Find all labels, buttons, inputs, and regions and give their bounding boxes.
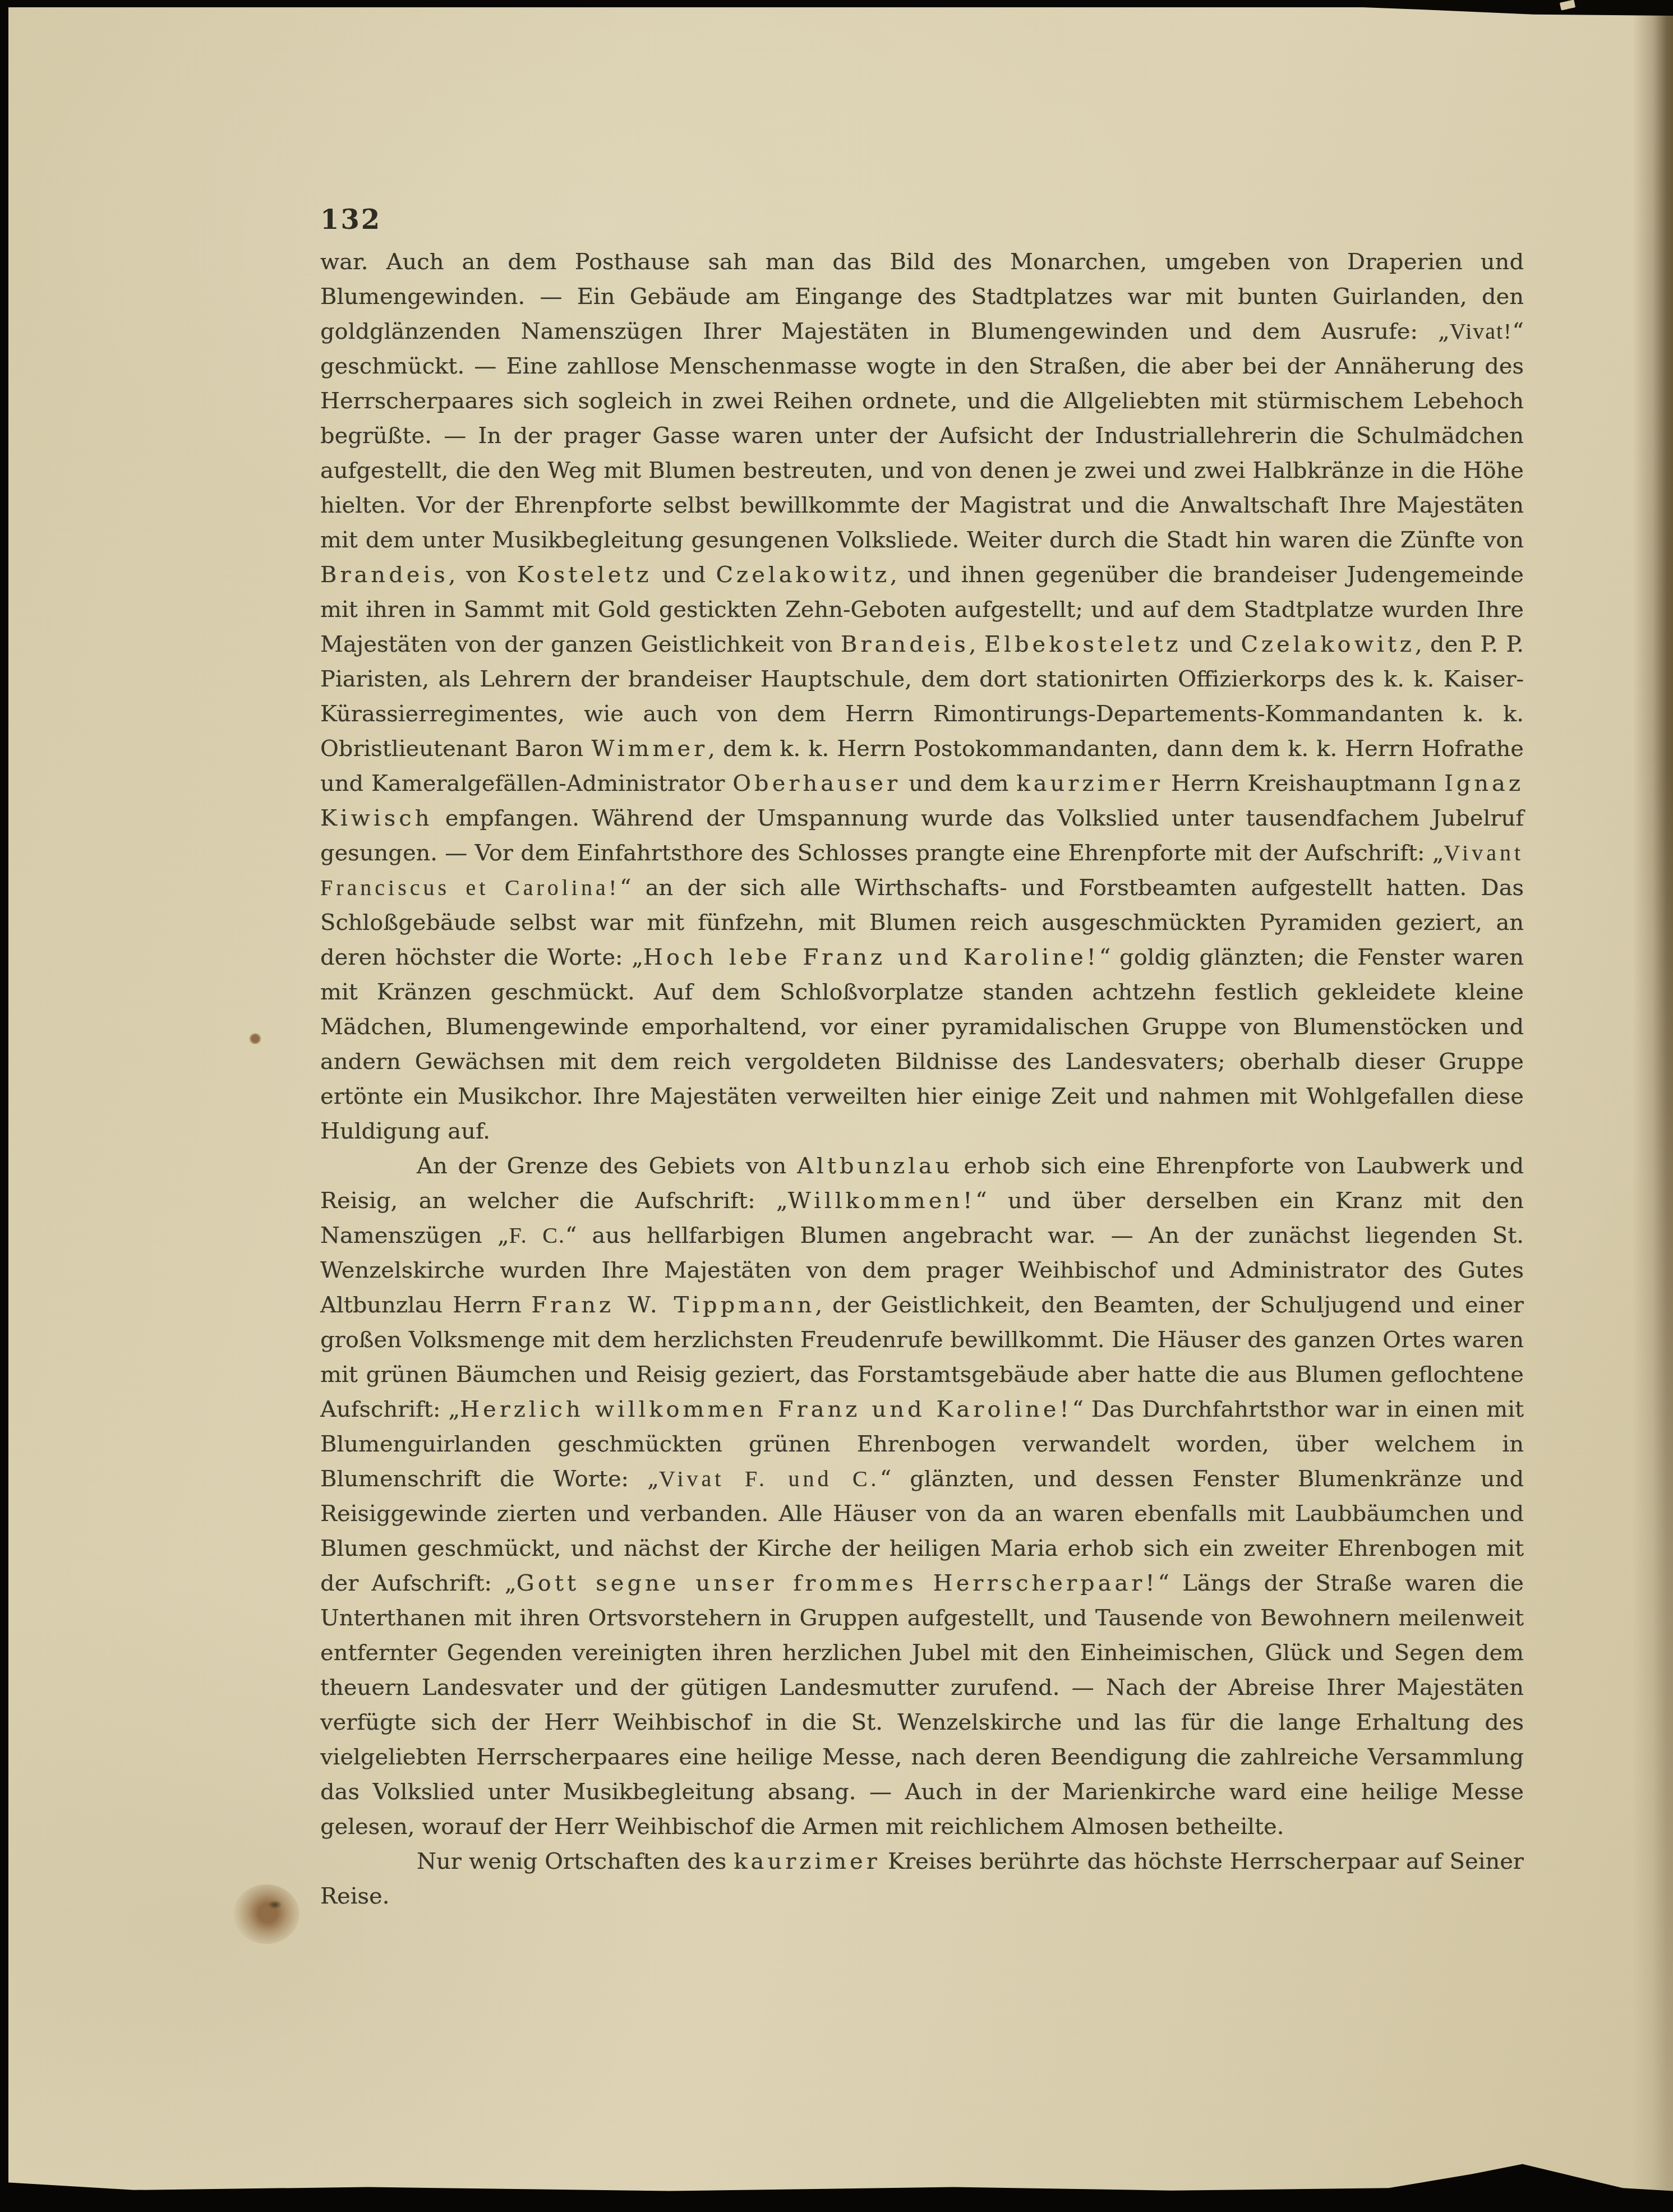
text-run: , [969, 632, 984, 657]
text-run: Brandeis [320, 562, 449, 588]
text-run: Vivat! [1450, 319, 1513, 344]
text-run: kaurzimer [734, 1849, 881, 1874]
text-run: und dem [901, 771, 1016, 796]
text-run: Wimmer [591, 736, 708, 762]
text-run: An der Grenze des Gebiets von [417, 1153, 797, 1179]
text-run: und [1181, 632, 1241, 657]
page-edge-shadow [1633, 7, 1673, 2212]
ink-smudge-artifact [233, 1884, 299, 1944]
text-run: war. Auch an dem Posthause sah man das B… [320, 249, 1524, 344]
text-run: Brandeis [841, 632, 969, 657]
text-run: Hoch lebe Franz und Karoline! [643, 944, 1099, 970]
text-run: Elbekosteletz [984, 632, 1181, 657]
book-page: 132 war. Auch an dem Posthause sah man d… [8, 7, 1673, 2194]
text-run: Gott segne unser frommes Herrscherpaar! [517, 1570, 1158, 1596]
text-run: Nur wenig Ortschaften des [417, 1849, 734, 1874]
text-run: Oberhauser [732, 771, 901, 796]
text-run: Herrn Kreishauptmann [1163, 771, 1444, 796]
text-run: und [652, 562, 716, 588]
text-run: Czelakowitz [1241, 632, 1415, 657]
text-run: kaurzimer [1016, 771, 1163, 796]
text-run: empfangen. Während der Umspannung wurde … [320, 805, 1524, 866]
text-run: Kosteletz [517, 562, 652, 588]
text-run: Czelakowitz [716, 562, 891, 588]
paragraph: Nur wenig Ortschaften des kaurzimer Krei… [320, 1844, 1524, 1914]
text-run: Vivat F. und C. [659, 1466, 880, 1491]
text-block: war. Auch an dem Posthause sah man das B… [320, 245, 1524, 1914]
text-run: “ Längs der Straße waren die Unterthanen… [320, 1570, 1524, 1840]
page-number: 132 [320, 204, 381, 236]
text-run: F. C. [509, 1223, 565, 1248]
text-run: Altbunzlau [797, 1153, 953, 1179]
text-run: Franz W. Tippmann [532, 1292, 815, 1318]
scan-background: 132 war. Auch an dem Posthause sah man d… [0, 0, 1673, 2212]
scan-edge-left [0, 0, 8, 2212]
paragraph: An der Grenze des Gebiets von Altbunzlau… [320, 1149, 1524, 1844]
text-run: “ geschmückt. — Eine zahllose Menschenma… [320, 319, 1524, 553]
text-run: Herzlich willkommen Franz und Karoline! [460, 1397, 1072, 1422]
text-run: “ goldig glänzten; die Fenster waren mit… [320, 944, 1524, 1144]
text-run: , von [449, 562, 517, 588]
ink-dot-artifact [249, 1033, 261, 1044]
paragraph: war. Auch an dem Posthause sah man das B… [320, 245, 1524, 1149]
text-run: Willkommen! [788, 1188, 975, 1214]
